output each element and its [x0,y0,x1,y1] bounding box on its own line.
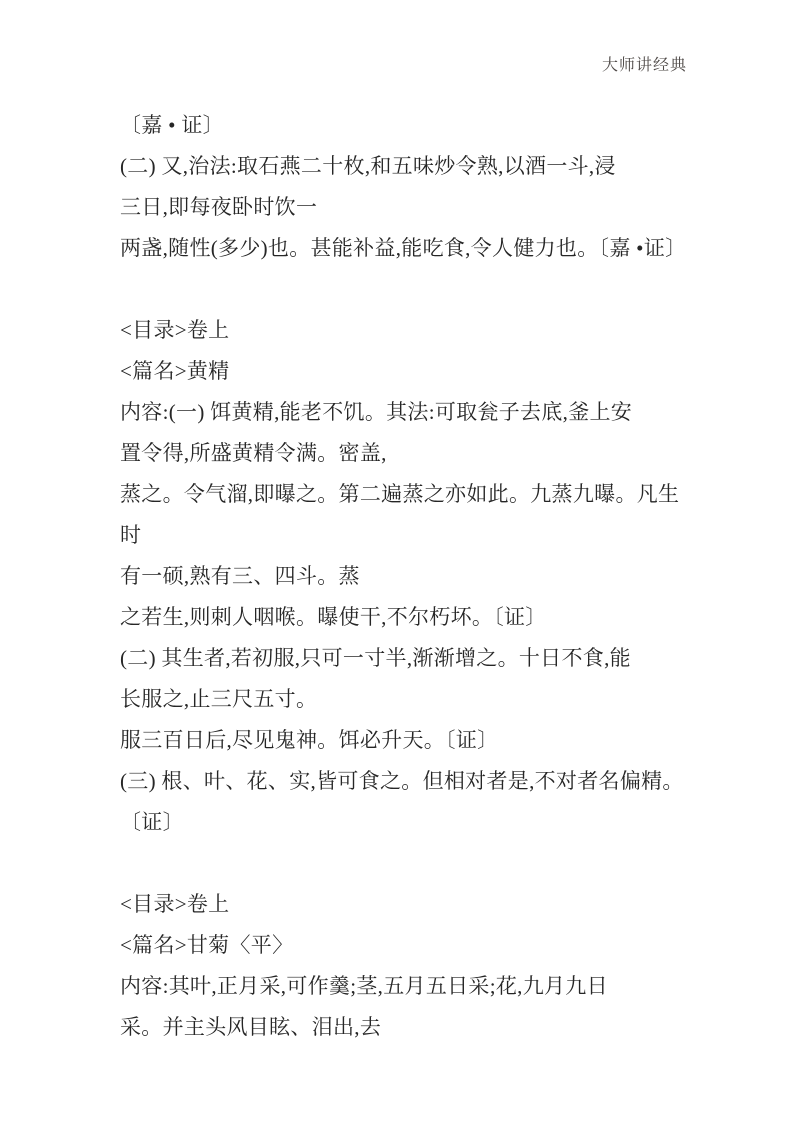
text-line: (二) 又,治法:取石燕二十枚,和五味炒令熟,以酒一斗,浸 [120,146,693,187]
section-shiyan-continued: 〔嘉 • 证〕 (二) 又,治法:取石燕二十枚,和五味炒令熟,以酒一斗,浸 三日… [120,105,693,269]
section-ganju: <目录>卷上 <篇名>甘菊〈平〉 内容:其叶,正月采,可作羹;茎,五月五日采;花… [120,884,693,1048]
text-line: 有一硕,熟有三、四斗。蒸 [120,556,693,597]
text-line: 〔证〕 [120,802,693,843]
document-page: 大师讲经典 〔嘉 • 证〕 (二) 又,治法:取石燕二十枚,和五味炒令熟,以酒一… [0,0,793,1122]
text-line: 长服之,止三尺五寸。 [120,679,693,720]
brand-header: 大师讲经典 [0,0,793,75]
text-line: 之若生,则刺人咽喉。曝使干,不尔朽坏。〔证〕 [120,597,693,638]
text-line: 采。并主头风目眩、泪出,去 [120,1007,693,1048]
section-huangjing: <目录>卷上 <篇名>黄精 内容:(一) 饵黄精,能老不饥。其法:可取瓮子去底,… [120,310,693,843]
catalog-line: <目录>卷上 [120,310,693,351]
document-body: 〔嘉 • 证〕 (二) 又,治法:取石燕二十枚,和五味炒令熟,以酒一斗,浸 三日… [0,75,793,1048]
text-line: 两盏,随性(多少)也。甚能补益,能吃食,令人健力也。〔嘉 •证〕 [120,228,693,269]
text-line: 内容:其叶,正月采,可作羹;茎,五月五日采;花,九月九日 [120,966,693,1007]
text-line: 置令得,所盛黄精令满。密盖, [120,433,693,474]
title-line: <篇名>甘菊〈平〉 [120,925,693,966]
text-line: (三) 根、叶、花、实,皆可食之。但相对者是,不对者名偏精。 [120,761,693,802]
text-line: 蒸之。令气溜,即曝之。第二遍蒸之亦如此。九蒸九曝。凡生时 [120,474,693,556]
text-line: 三日,即每夜卧时饮一 [120,187,693,228]
title-line: <篇名>黄精 [120,351,693,392]
text-line: 〔嘉 • 证〕 [120,105,693,146]
text-line: (二) 其生者,若初服,只可一寸半,渐渐增之。十日不食,能 [120,638,693,679]
text-line: 服三百日后,尽见鬼神。饵必升天。〔证〕 [120,720,693,761]
text-line: 内容:(一) 饵黄精,能老不饥。其法:可取瓮子去底,釜上安 [120,392,693,433]
catalog-line: <目录>卷上 [120,884,693,925]
